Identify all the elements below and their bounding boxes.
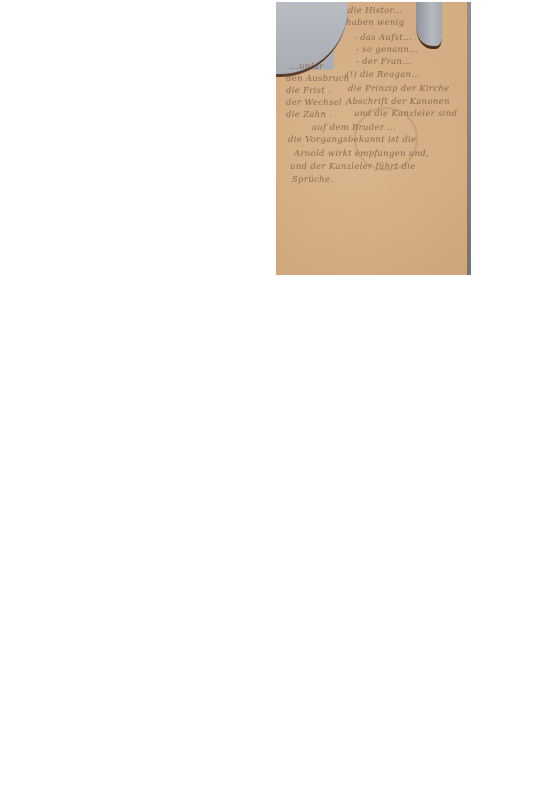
handwritten-line: die Zahn . <box>286 110 332 120</box>
handwritten-line: Arnold wirkt empfangen und, <box>294 149 429 159</box>
handwritten-line: und der Kanzleler führt die <box>290 162 416 172</box>
handwritten-line: haben wenig <box>346 18 404 28</box>
handwritten-line: - das Aufst... <box>354 33 412 43</box>
handwritten-line: (!) die Reagan... <box>346 70 420 80</box>
handwritten-line: den Ausbruch <box>286 74 349 84</box>
handwritten-line: Sprüche. <box>292 175 333 185</box>
handwritten-line: der Wechsel . <box>286 98 348 108</box>
handwritten-line: - der Fran... <box>356 57 411 67</box>
handwritten-line: die Histor... <box>348 6 402 16</box>
scanned-document-image: die Histor...haben wenig- das Aufst...- … <box>276 2 471 275</box>
handwritten-text: die Histor...haben wenig- das Aufst...- … <box>276 2 471 275</box>
handwritten-line: die Frist . <box>286 86 331 96</box>
handwritten-line: Abschrift der Kanonen <box>346 97 450 107</box>
handwritten-line: die Vorgangsbekannt ist die <box>288 135 416 145</box>
handwritten-line: - so genann... <box>356 45 418 55</box>
handwritten-line: und die Kanzleler sind <box>354 109 457 119</box>
handwritten-line: auf dem Bruder ... <box>312 123 396 133</box>
handwritten-line: die Prinzip der Kirche <box>348 84 449 94</box>
handwritten-line: ...unlar <box>290 62 323 72</box>
